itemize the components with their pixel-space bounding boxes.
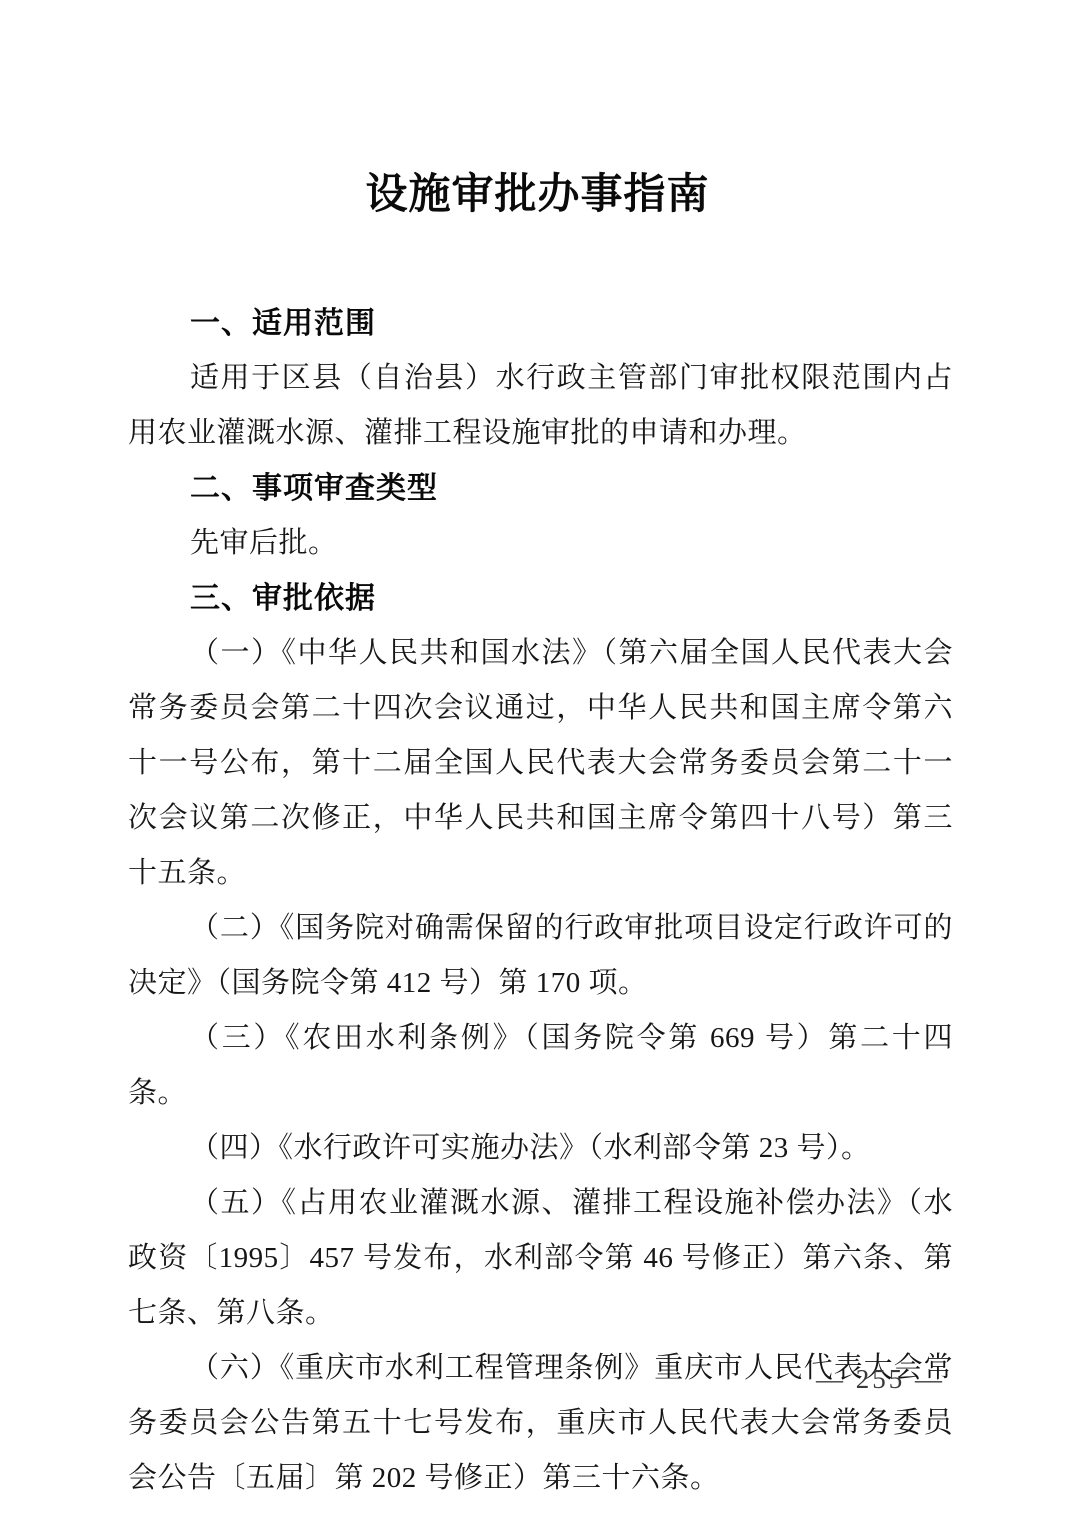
document-body: 一、适用范围 适用于区县（自治县）水行政主管部门审批权限范围内占用农业灌溉水源、… bbox=[128, 296, 953, 1506]
approval-basis-item-5: （五）《占用农业灌溉水源、灌排工程设施补偿办法》（水政资〔1995〕457 号发… bbox=[128, 1176, 953, 1341]
page-number: — 255 — bbox=[816, 1363, 945, 1395]
approval-basis-item-3: （三）《农田水利条例》（国务院令第 669 号）第二十四条。 bbox=[128, 1011, 953, 1121]
review-type-paragraph: 先审后批。 bbox=[128, 516, 953, 571]
section-heading-scope: 一、适用范围 bbox=[128, 296, 953, 351]
approval-basis-item-4: （四）《水行政许可实施办法》（水利部令第 23 号）。 bbox=[128, 1121, 953, 1176]
document-page: 设施审批办事指南 一、适用范围 适用于区县（自治县）水行政主管部门审批权限范围内… bbox=[0, 0, 1075, 1519]
section-heading-approval-basis: 三、审批依据 bbox=[128, 571, 953, 626]
document-title: 设施审批办事指南 bbox=[0, 0, 1075, 220]
approval-basis-item-1: （一）《中华人民共和国水法》（第六届全国人民代表大会常务委员会第二十四次会议通过… bbox=[128, 626, 953, 901]
section-heading-review-type: 二、事项审查类型 bbox=[128, 461, 953, 516]
approval-basis-item-2: （二）《国务院对确需保留的行政审批项目设定行政许可的决定》（国务院令第 412 … bbox=[128, 901, 953, 1011]
scope-paragraph: 适用于区县（自治县）水行政主管部门审批权限范围内占用农业灌溉水源、灌排工程设施审… bbox=[128, 351, 953, 461]
